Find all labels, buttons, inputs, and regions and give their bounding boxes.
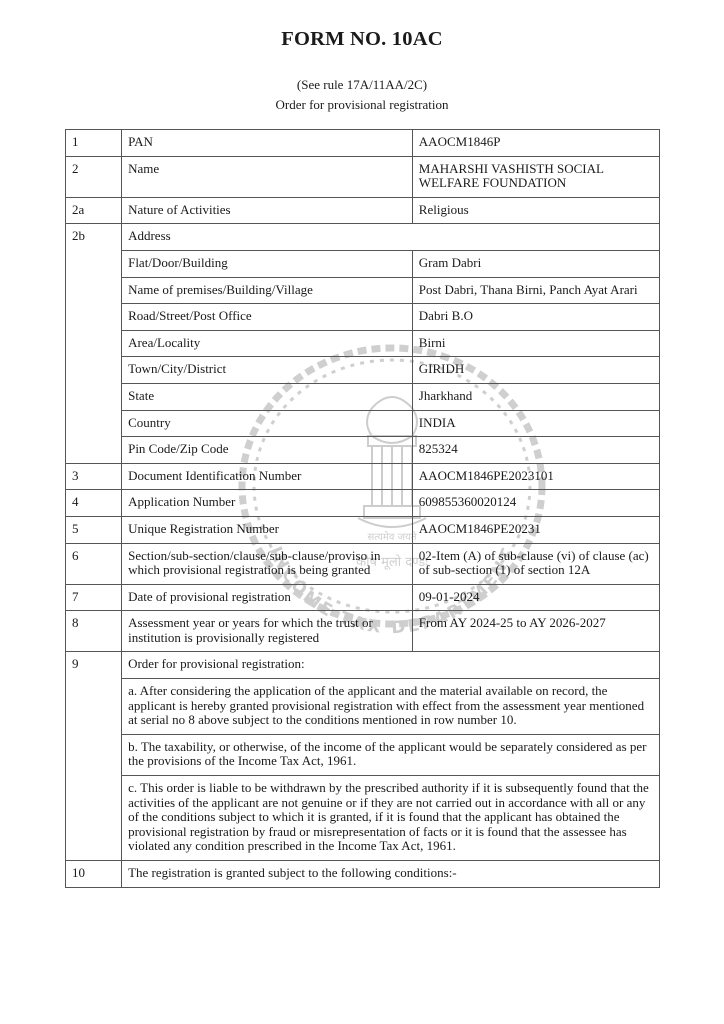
field-label: Application Number (122, 490, 413, 517)
address-label: Town/City/District (122, 357, 413, 384)
row-number: 4 (66, 490, 122, 517)
order-clause-row: c. This order is liable to be withdrawn … (66, 776, 660, 861)
address-label: Pin Code/Zip Code (122, 437, 413, 464)
table-row: 3 Document Identification Number AAOCM18… (66, 463, 660, 490)
form-subtitle: Order for provisional registration (0, 97, 724, 113)
field-label: Assessment year or years for which the t… (122, 611, 413, 652)
field-label: Date of provisional registration (122, 584, 413, 611)
nature-of-activities-value: Religious (412, 197, 659, 224)
address-value: Post Dabri, Thana Birni, Panch Ayat Arar… (412, 277, 659, 304)
address-row: State Jharkhand (66, 383, 660, 410)
row-number: 3 (66, 463, 122, 490)
order-clause-a: a. After considering the application of … (122, 679, 660, 735)
registration-table: 1 PAN AAOCM1846P 2 Name MAHARSHI VASHIST… (65, 129, 660, 888)
table-row: 8 Assessment year or years for which the… (66, 611, 660, 652)
address-row: Road/Street/Post Office Dabri B.O (66, 304, 660, 331)
registration-date-value: 09-01-2024 (412, 584, 659, 611)
field-label: Section/sub-section/clause/sub-clause/pr… (122, 543, 413, 584)
order-clause-row: b. The taxability, or otherwise, of the … (66, 734, 660, 775)
field-label: Nature of Activities (122, 197, 413, 224)
address-label: Flat/Door/Building (122, 250, 413, 277)
address-heading: Address (122, 224, 660, 251)
address-value: Gram Dabri (412, 250, 659, 277)
table-row: 2b Address (66, 224, 660, 251)
address-value: Jharkhand (412, 383, 659, 410)
field-label: Document Identification Number (122, 463, 413, 490)
name-value: MAHARSHI VASHISTH SOCIAL WELFARE FOUNDAT… (412, 156, 659, 197)
table-row: 1 PAN AAOCM1846P (66, 130, 660, 157)
row-number: 2a (66, 197, 122, 224)
order-clause-b: b. The taxability, or otherwise, of the … (122, 734, 660, 775)
table-row: 5 Unique Registration Number AAOCM1846PE… (66, 516, 660, 543)
address-row: Name of premises/Building/Village Post D… (66, 277, 660, 304)
row-number: 9 (66, 652, 122, 861)
order-heading: Order for provisional registration: (122, 652, 660, 679)
document-id-value: AAOCM1846PE2023101 (412, 463, 659, 490)
field-label: Name (122, 156, 413, 197)
address-label: Road/Street/Post Office (122, 304, 413, 331)
table-row: 2a Nature of Activities Religious (66, 197, 660, 224)
order-clause-row: a. After considering the application of … (66, 679, 660, 735)
address-value: 825324 (412, 437, 659, 464)
table-row: 9 Order for provisional registration: (66, 652, 660, 679)
address-row: Flat/Door/Building Gram Dabri (66, 250, 660, 277)
row-number: 2 (66, 156, 122, 197)
application-number-value: 609855360020124 (412, 490, 659, 517)
order-clause-c: c. This order is liable to be withdrawn … (122, 776, 660, 861)
field-label: Unique Registration Number (122, 516, 413, 543)
address-label: State (122, 383, 413, 410)
address-row: Area/Locality Birni (66, 330, 660, 357)
address-row: Country INDIA (66, 410, 660, 437)
rule-reference: (See rule 17A/11AA/2C) (0, 77, 724, 93)
section-value: 02-Item (A) of sub-clause (vi) of clause… (412, 543, 659, 584)
address-value: Dabri B.O (412, 304, 659, 331)
address-label: Area/Locality (122, 330, 413, 357)
field-label: PAN (122, 130, 413, 157)
address-row: Pin Code/Zip Code 825324 (66, 437, 660, 464)
row-number: 5 (66, 516, 122, 543)
row-number: 7 (66, 584, 122, 611)
pan-value: AAOCM1846P (412, 130, 659, 157)
address-label: Name of premises/Building/Village (122, 277, 413, 304)
table-row: 4 Application Number 609855360020124 (66, 490, 660, 517)
table-row: 6 Section/sub-section/clause/sub-clause/… (66, 543, 660, 584)
row-number: 1 (66, 130, 122, 157)
table-row: 10 The registration is granted subject t… (66, 861, 660, 888)
row-number: 8 (66, 611, 122, 652)
address-value: INDIA (412, 410, 659, 437)
row-number: 10 (66, 861, 122, 888)
address-row: Town/City/District GIRIDH (66, 357, 660, 384)
assessment-year-value: From AY 2024-25 to AY 2026-2027 (412, 611, 659, 652)
address-value: Birni (412, 330, 659, 357)
row-number: 6 (66, 543, 122, 584)
conditions-heading: The registration is granted subject to t… (122, 861, 660, 888)
unique-registration-number-value: AAOCM1846PE20231 (412, 516, 659, 543)
row-number: 2b (66, 224, 122, 463)
address-value: GIRIDH (412, 357, 659, 384)
table-row: 7 Date of provisional registration 09-01… (66, 584, 660, 611)
form-title: FORM NO. 10AC (0, 28, 724, 51)
address-label: Country (122, 410, 413, 437)
table-row: 2 Name MAHARSHI VASHISTH SOCIAL WELFARE … (66, 156, 660, 197)
